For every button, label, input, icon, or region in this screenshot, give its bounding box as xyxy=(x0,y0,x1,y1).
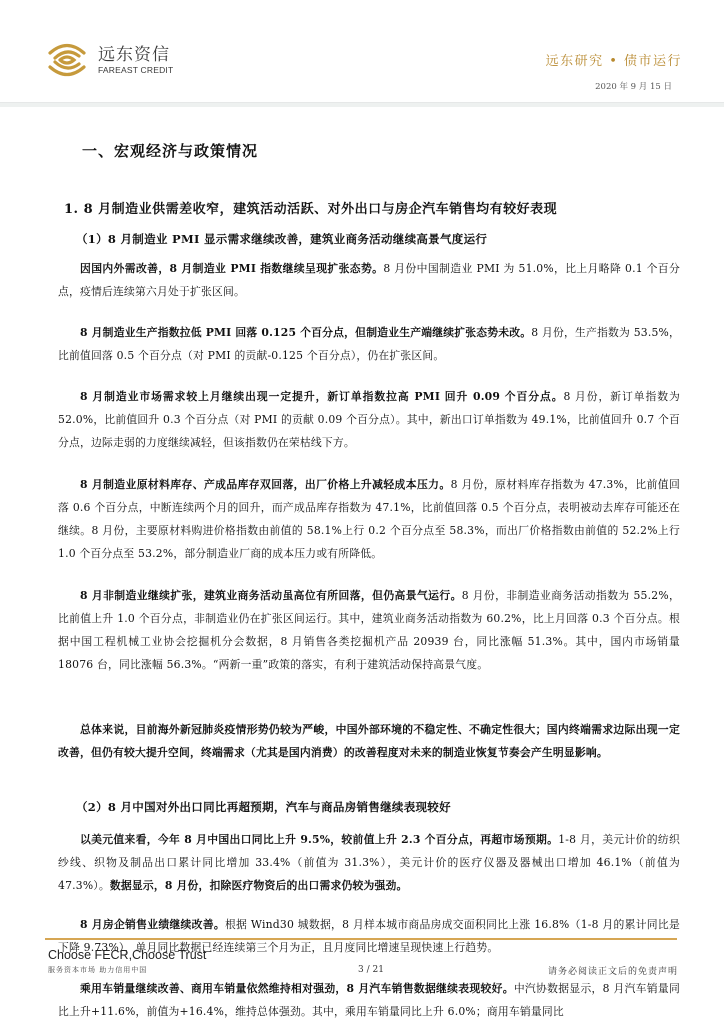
paragraph-lead: 8 月制造业市场需求较上月继续出现一定提升，新订单指数拉高 PMI 回升 0.0… xyxy=(80,390,564,403)
page-header: 远东资信 FAREAST CREDIT 远东研究 • 债市运行 2020 年 9… xyxy=(0,0,724,110)
sub-subsection-heading-1: （1）8 月制造业 PMI 显示需求继续改善，建筑业商务活动继续高景气度运行 xyxy=(76,231,487,247)
paragraph-lead: 8 月制造业生产指数拉低 PMI 回落 0.125 个百分点，但制造业生产端继续… xyxy=(80,326,531,339)
paragraph-lead: 总体来说，目前海外新冠肺炎疫情形势仍较为严峻，中国外部环境的不稳定性、不确定性很… xyxy=(58,723,680,759)
section-heading: 一、宏观经济与政策情况 xyxy=(82,140,258,161)
paragraph-pmi-overview: 因国内外需改善，8 月制造业 PMI 指数继续呈现扩张态势。8 月份中国制造业 … xyxy=(58,257,680,303)
paragraph-conclusion: 数据显示，8 月份，扣除医疗物资后的出口需求仍较为强劲。 xyxy=(110,879,408,892)
page-number: 3 / 21 xyxy=(358,965,384,975)
paragraph-summary: 总体来说，目前海外新冠肺炎疫情形势仍较为严峻，中国外部环境的不稳定性、不确定性很… xyxy=(58,718,680,764)
header-divider xyxy=(0,102,724,107)
company-logo: 远东资信 FAREAST CREDIT xyxy=(44,40,173,80)
paragraph-exports: 以美元值来看，今年 8 月中国出口同比上升 9.5%，较前值上升 2.3 个百分… xyxy=(58,828,680,897)
logo-chinese-name: 远东资信 xyxy=(98,45,173,65)
paragraph-new-orders: 8 月制造业市场需求较上月继续出现一定提升，新订单指数拉高 PMI 回升 0.0… xyxy=(58,385,680,454)
paragraph-lead: 8 月制造业原材料库存、产成品库存双回落，出厂价格上升减轻成本压力。 xyxy=(80,478,451,491)
paragraph-lead: 8 月房企销售业绩继续改善。 xyxy=(80,918,225,931)
paragraph-inventory-prices: 8 月制造业原材料库存、产成品库存双回落，出厂价格上升减轻成本压力。8 月份，原… xyxy=(58,473,680,565)
logo-english-name: FAREAST CREDIT xyxy=(98,65,173,76)
paragraph-auto-sales: 乘用车销量继续改善、商用车销量依然维持相对强劲，8 月汽车销售数据继续表现较好。… xyxy=(58,977,680,1023)
paragraph-lead: 因国内外需改善，8 月制造业 PMI 指数继续呈现扩张态势。 xyxy=(80,262,383,275)
fareast-logo-icon xyxy=(44,40,90,80)
paragraph-non-manufacturing: 8 月非制造业继续扩张，建筑业商务活动虽高位有所回落，但仍高景气运行。8 月份，… xyxy=(58,584,680,676)
footer-slogan-chinese: 服务资本市场 助力信用中国 xyxy=(48,965,147,975)
footer-disclaimer: 请务必阅读正文后的免责声明 xyxy=(548,964,678,977)
paragraph-lead: 乘用车销量继续改善、商用车销量依然维持相对强劲，8 月汽车销售数据继续表现较好。 xyxy=(80,982,514,995)
paragraph-production-index: 8 月制造业生产指数拉低 PMI 回落 0.125 个百分点，但制造业生产端继续… xyxy=(58,321,680,367)
footer-divider xyxy=(45,938,677,940)
paragraph-lead: 8 月非制造业继续扩张，建筑业商务活动虽高位有所回落，但仍高景气运行。 xyxy=(80,589,462,602)
report-series-title: 远东研究 • 债市运行 xyxy=(546,50,682,69)
sub-subsection-heading-2: （2）8 月中国对外出口同比再超预期，汽车与商品房销售继续表现较好 xyxy=(76,799,451,815)
subsection-heading: 1. 8 月制造业供需差收窄，建筑活动活跃、对外出口与房企汽车销售均有较好表现 xyxy=(64,198,557,217)
paragraph-lead: 以美元值来看，今年 8 月中国出口同比上升 9.5%，较前值上升 2.3 个百分… xyxy=(80,833,558,846)
footer-slogan-english: Choose FECR,Choose Trust xyxy=(48,948,206,962)
report-date: 2020 年 9 月 15 日 xyxy=(595,80,672,92)
